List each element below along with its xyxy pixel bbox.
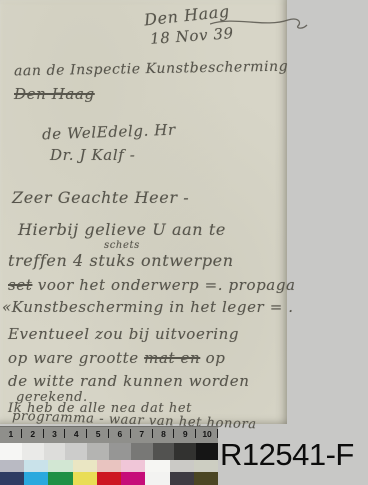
ruler-number: 8	[153, 427, 175, 444]
grayscale-step	[87, 443, 109, 460]
ruler-number: 4	[65, 427, 87, 444]
letter-paper-sheet: Den Haag 18 Nov 39 aan de Inspectie Kuns…	[0, 0, 287, 424]
body-line6-end: op	[200, 349, 225, 367]
grayscale-step	[22, 443, 44, 460]
handwritten-body-line7: de witte rand kunnen worden	[8, 372, 250, 390]
handwritten-body-line2: treffen 4 stuks ontwerpen	[8, 251, 234, 270]
grayscale-step	[153, 443, 175, 460]
handwritten-greeting: Zeer Geachte Heer -	[12, 188, 189, 207]
handwritten-addressee-line1: de WelEdelg. Hr	[42, 121, 176, 144]
grayscale-step	[196, 443, 218, 460]
pastel-color-patch	[24, 460, 48, 472]
solid-color-patch	[121, 472, 145, 485]
ruler-number: 2	[22, 427, 44, 444]
grayscale-step	[109, 443, 131, 460]
solid-color-patch	[194, 472, 218, 485]
grayscale-step	[44, 443, 66, 460]
handwritten-addressee-line2: Dr. J Kalf -	[50, 146, 135, 164]
pastel-color-patch	[121, 460, 145, 472]
pastel-color-patch	[145, 460, 169, 472]
scanned-letter-photo: Den Haag 18 Nov 39 aan de Inspectie Kuns…	[0, 0, 368, 485]
pastel-color-strip	[0, 460, 218, 472]
struck-words: mat en	[144, 349, 200, 367]
grayscale-step	[174, 443, 196, 460]
pastel-color-patch	[170, 460, 194, 472]
pastel-color-patch	[0, 460, 24, 472]
handwritten-address-line: aan de Inspectie Kunstbescherming	[14, 59, 289, 80]
grayscale-strip	[0, 443, 218, 460]
solid-color-patch	[170, 472, 194, 485]
pastel-color-patch	[194, 460, 218, 472]
solid-color-patch	[73, 472, 97, 485]
reference-number-label: R12541-F	[220, 436, 368, 476]
handwritten-body-line3: set voor het onderwerp =. propaga	[8, 276, 296, 294]
ruler-number: 3	[44, 427, 66, 444]
pastel-color-patch	[73, 460, 97, 472]
ruler-number: 7	[131, 427, 153, 444]
ruler-strip: 12345678910	[0, 426, 218, 443]
handwritten-body-line6: op ware grootte mat en op	[8, 349, 225, 367]
pastel-color-patch	[97, 460, 121, 472]
ruler-number: 5	[87, 427, 109, 444]
solid-color-patch	[97, 472, 121, 485]
ruler-number: 10	[196, 427, 218, 444]
handwritten-struck-city: Den Haag	[14, 85, 95, 103]
handwritten-body-line4: «Kunstbescherming in het leger = .	[2, 298, 294, 316]
pastel-color-patch	[48, 460, 72, 472]
handwritten-body-line1: Hierbij gelieve U aan te	[18, 220, 226, 239]
solid-color-patch	[0, 472, 24, 485]
grayscale-step	[65, 443, 87, 460]
body-line3-text: voor het onderwerp =. propaga	[32, 276, 295, 294]
ruler-number: 1	[0, 427, 22, 444]
solid-color-strip	[0, 472, 218, 485]
handwritten-insertion-schets: schets	[104, 240, 140, 251]
grayscale-step	[131, 443, 153, 460]
solid-color-patch	[48, 472, 72, 485]
ruler-number: 9	[174, 427, 196, 444]
ruler-number: 6	[109, 427, 131, 444]
grayscale-step	[0, 443, 22, 460]
struck-word: set	[8, 276, 32, 294]
handwritten-date-line: 18 Nov 39	[149, 24, 234, 48]
solid-color-patch	[24, 472, 48, 485]
body-line6-start: op ware grootte	[8, 349, 144, 367]
solid-color-patch	[145, 472, 169, 485]
handwritten-body-line5: Eventueel zou bij uitvoering	[8, 325, 239, 343]
calibration-scalebar: 12345678910	[0, 426, 218, 485]
